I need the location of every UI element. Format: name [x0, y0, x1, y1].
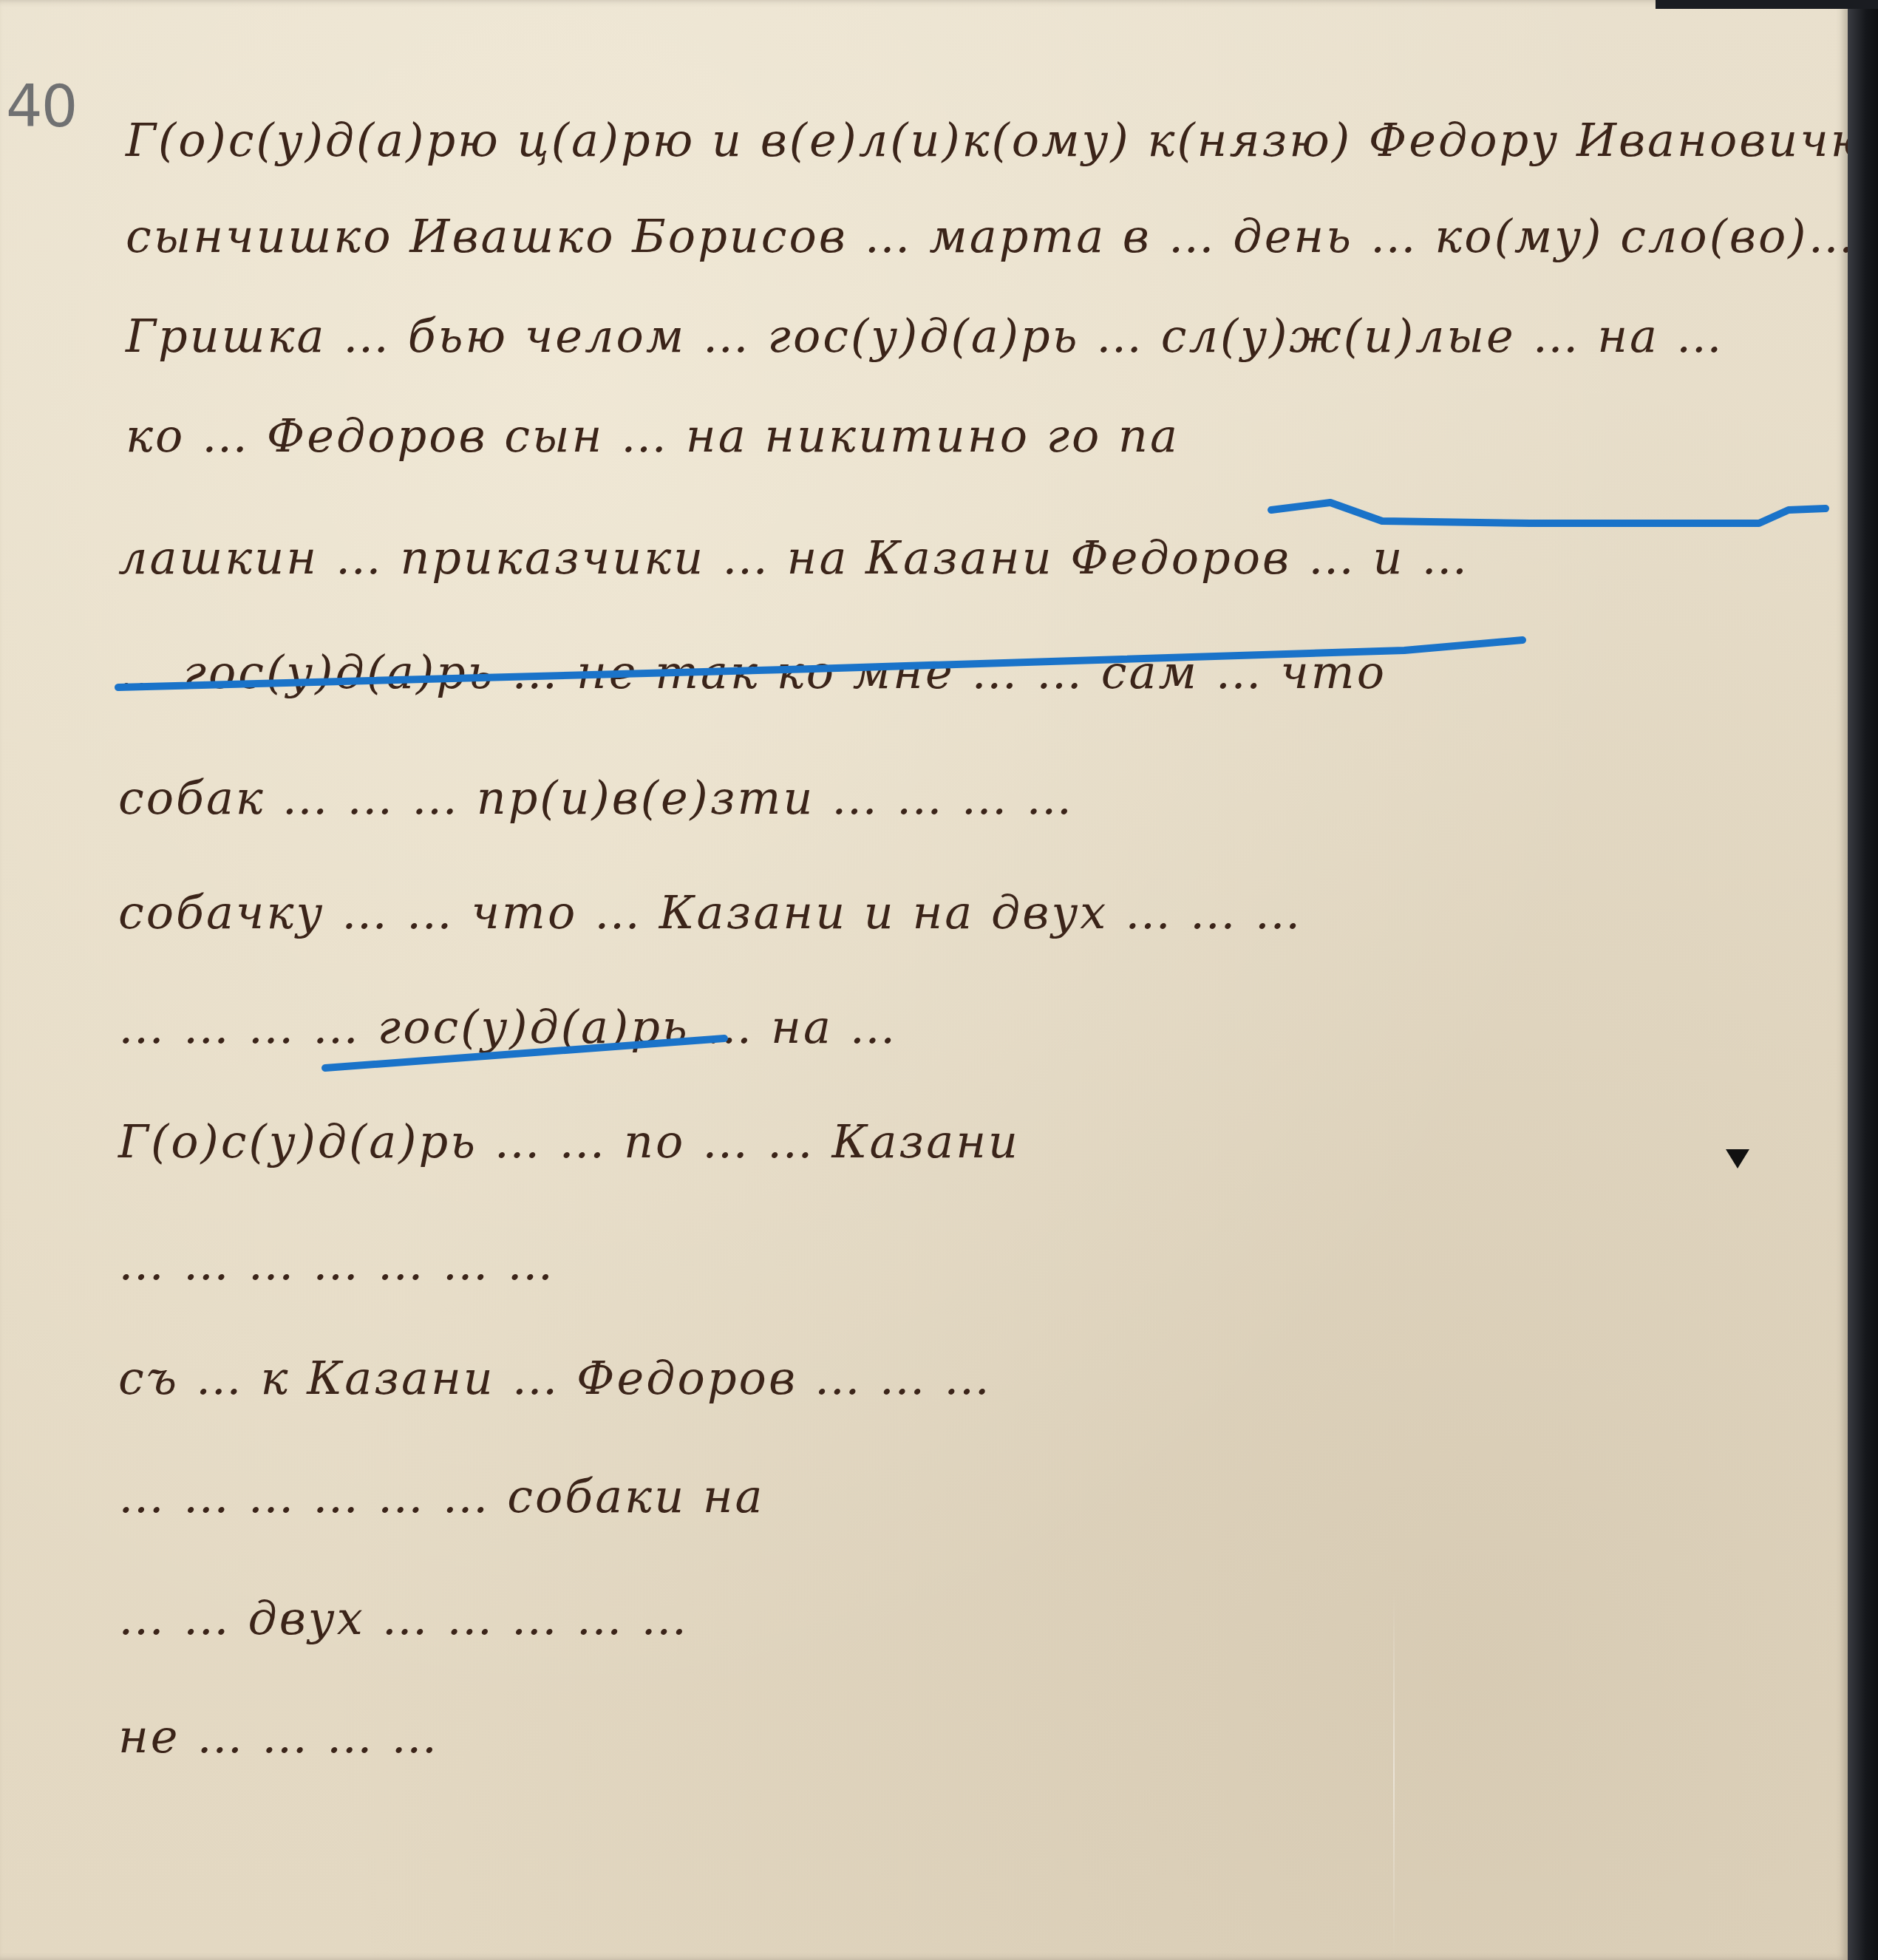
- book-binding-edge: [1848, 0, 1878, 1960]
- manuscript-line: … … … … гос(у)д(а)рь … на …: [118, 1000, 898, 1054]
- manuscript-line: Г(о)с(у)д(а)рю ц(а)рю и в(е)л(и)к(ому) к…: [126, 113, 1878, 167]
- manuscript-page: 40 Г(о)с(у)д(а)рю ц(а)рю и в(е)л(и)к(ому…: [0, 0, 1848, 1960]
- manuscript-line: Гришка … бью челом … гос(у)д(а)рь … сл(у…: [126, 309, 1724, 363]
- manuscript-line: … … двух … … … … …: [118, 1591, 689, 1645]
- manuscript-line: … гос(у)д(а)рь … не так ко мне … … сам ……: [118, 645, 1387, 699]
- manuscript-line: не … … … …: [118, 1709, 439, 1763]
- manuscript-line: ко … Федоров сын … на никитино го па: [126, 409, 1180, 463]
- manuscript-line: лашкин … приказчики … на Казани Федоров …: [118, 531, 1469, 585]
- paper-fold-crease: [1393, 1589, 1395, 1959]
- manuscript-line: собак … … … пр(и)в(е)зти … … … …: [118, 771, 1074, 825]
- folio-number: 40: [6, 74, 76, 140]
- manuscript-line: сынчишко Ивашко Борисов … марта в … день…: [126, 209, 1856, 263]
- manuscript-line: съ … к Казани … Федоров … … …: [118, 1351, 992, 1405]
- underline-line-4: [1271, 503, 1826, 523]
- manuscript-line: собачку … … что … Казани и на двух … … …: [118, 885, 1302, 939]
- book-binding-top: [1656, 0, 1878, 9]
- ink-blot: [1726, 1149, 1749, 1168]
- manuscript-line: Г(о)с(у)д(а)рь … … по … … Казани: [118, 1115, 1020, 1168]
- manuscript-line: … … … … … … собаки на: [118, 1469, 765, 1523]
- manuscript-line: … … … … … … …: [118, 1236, 555, 1290]
- blue-pen-annotations: [0, 0, 1848, 1960]
